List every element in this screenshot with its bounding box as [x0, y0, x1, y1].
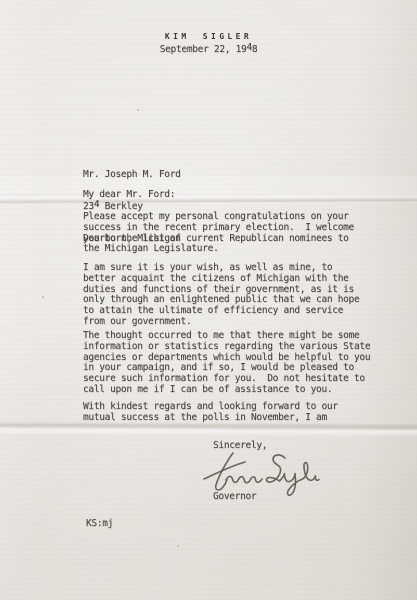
paper-speck: [177, 545, 179, 547]
date-text-pre: September 22, 19: [160, 44, 247, 55]
salutation: My dear Mr. Ford:: [83, 190, 175, 201]
paper-highlight-band: [0, 176, 417, 194]
body-paragraph-4: With kindest regards and looking forward…: [83, 402, 338, 424]
recipient-name-line: Mr. Joseph M. Ford: [83, 170, 181, 181]
paper-speck: [137, 109, 139, 111]
body-paragraph-1: Please accept my personal congratulation…: [83, 212, 354, 255]
letterhead-name: KIM SIGLER: [0, 32, 417, 41]
date-text-post: 8: [252, 44, 257, 55]
letter-date: September 22, 1948: [0, 45, 417, 56]
signer-title: Governor: [213, 492, 256, 503]
signature-cross-stroke: [204, 462, 245, 479]
reference-initials: KS:mj: [86, 519, 113, 530]
scanned-letter-page: KIM SIGLER September 22, 1948 Mr. Joseph…: [0, 0, 417, 600]
body-paragraph-3: The thought occurred to me that there mi…: [83, 331, 370, 396]
street-raised-digit: 4: [94, 200, 99, 211]
paper-speck: [42, 296, 44, 298]
fold-crease-upper: [0, 193, 417, 206]
date-raised-digit: 4: [246, 43, 251, 54]
signature-last-name-stroke: [266, 455, 319, 495]
body-paragraph-2: I am sure it is your wish, as well as mi…: [83, 263, 359, 328]
signature-first-name-stroke: [216, 453, 262, 490]
